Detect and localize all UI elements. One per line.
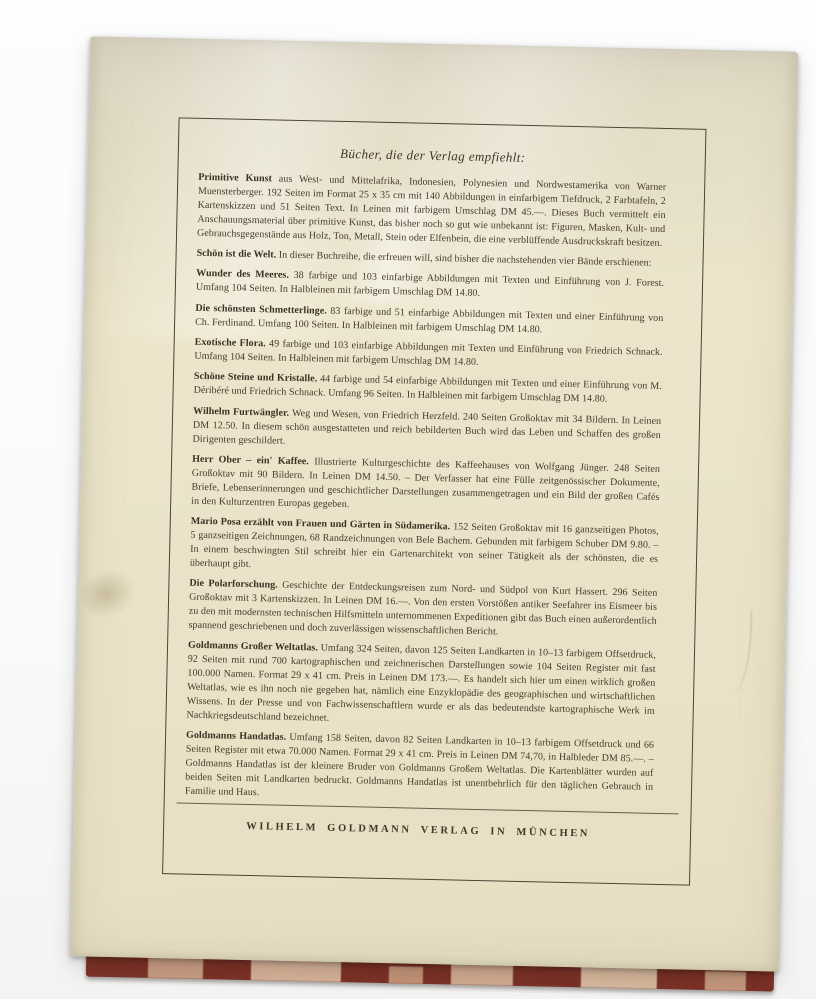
book-entry-lead: Schön ist die Welt. [197,248,277,261]
board-wear-patch [450,964,512,986]
book-back-cover: Bücher, die der Verlag empfiehlt: Primit… [70,36,798,991]
book-entry-text: Umfang 324 Seiten, davon 125 Seiten Land… [186,643,656,724]
book-entry-handatlas: Goldmanns Handatlas. Umfang 158 Seiten, … [185,729,654,809]
recommendation-list: Bücher, die der Verlag empfiehlt: Primit… [163,118,705,884]
book-entry-lead: Exotische Flora. [195,337,266,350]
book-entry-wunder-des-meeres: Wunder des Meeres. 38 farbige und 103 ei… [196,267,664,305]
book-entry-lead: Herr Ober – ein' Kaffee. [192,454,309,468]
text-frame: Bücher, die der Verlag empfiehlt: Primit… [162,117,706,885]
book-entry-grosser-weltatlas: Goldmanns Großer Weltatlas. Umfang 324 S… [186,639,656,733]
book-entry-furtwaengler: Wilhelm Furtwängler. Weg und Wesen, von … [192,404,661,456]
book-entry-mario-posa: Mario Posa erzählt von Frauen und Gärten… [190,515,659,581]
book-entry-lead: Goldmanns Handatlas. [186,730,286,743]
paper-smudge [76,562,142,624]
jacket-crease [723,610,752,695]
book-entry-text: aus West- und Mittelafrika, Indonesien, … [197,173,666,248]
book-entry-lead: Wunder des Meeres. [196,268,289,281]
book-entry-lead: Wilhelm Furtwängler. [193,405,289,418]
book-entry-herr-ober: Herr Ober – ein' Kaffee. Illustrierte Ku… [191,453,660,519]
book-entry-primitive-kunst: Primitive Kunst aus West- und Mittelafri… [197,171,666,251]
book-entry-schmetterlinge: Die schönsten Schmetterlinge. 83 farbige… [195,301,663,339]
book-entry-polarforschung: Die Polarforschung. Geschichte der Entde… [188,577,657,643]
dust-jacket: Bücher, die der Verlag empfiehlt: Primit… [70,36,798,971]
page-title: Bücher, die der Verlag empfiehlt: [199,143,667,169]
board-wear-patch [705,971,747,991]
book-entry-steine-und-kristalle: Schöne Steine und Kristalle. 44 farbige … [193,370,661,408]
book-entry-text: In dieser Buchreihe, die erfreuen will, … [276,250,651,269]
book-entry-exotische-flora: Exotische Flora. 49 farbige und 103 einf… [194,336,662,374]
board-wear-patch [388,966,423,984]
book-entry-lead: Primitive Kunst [198,172,272,185]
book-entry-schoen-ist-die-welt: Schön ist die Welt. In dieser Buchreihe,… [196,247,664,271]
book-entry-lead: Die schönsten Schmetterlinge. [195,302,327,316]
book-entry-lead: Goldmanns Großer Weltatlas. [188,640,318,654]
photo-background: Bücher, die der Verlag empfiehlt: Primit… [0,0,816,999]
book-entry-lead: Die Polarforschung. [189,578,278,591]
book-entry-lead: Schöne Steine und Kristalle. [194,371,317,385]
